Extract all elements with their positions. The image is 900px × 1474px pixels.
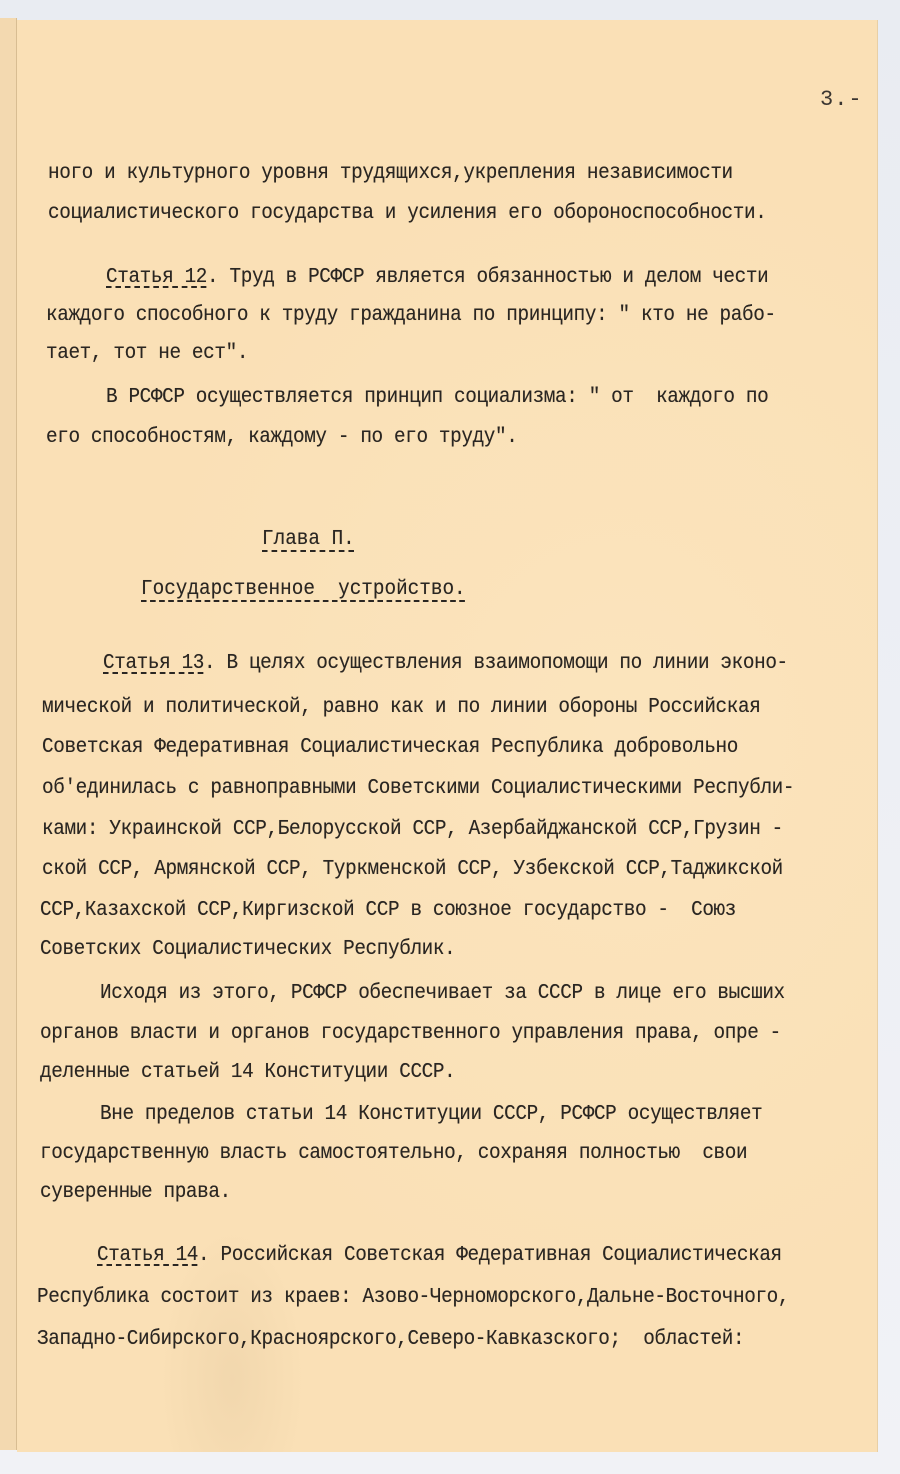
- text-line: ской ССР, Армянской ССР, Туркменской ССР…: [42, 858, 783, 881]
- text-line: мической и политической, равно как и по …: [42, 696, 760, 719]
- article-13-first-line: Статья 13. В целях осуществления взаимоп…: [103, 652, 788, 675]
- text-line: каждого способного к труду гражданина по…: [46, 304, 776, 327]
- text-line: об'единилась с равноправными Советскими …: [42, 777, 794, 800]
- article-14-first-line: Статья 14. Российская Советская Федерати…: [97, 1244, 782, 1267]
- text-line: его способностям, каждому - по его труду…: [46, 426, 518, 449]
- text-line: социалистического государства и усиления…: [48, 202, 766, 225]
- article-13-label: Статья 13: [103, 652, 204, 675]
- text-line: ками: Украинской ССР,Белорусской ССР, Аз…: [42, 818, 783, 841]
- chapter-title: Глава П.: [262, 528, 355, 551]
- text-line: ССР,Казахской ССР,Киргизской ССР в союзн…: [40, 899, 736, 922]
- text-line: Советских Социалистических Республик.: [40, 938, 455, 961]
- article-14-label: Статья 14: [97, 1244, 198, 1267]
- text-line: Вне пределов статьи 14 Конституции СССР,…: [100, 1103, 762, 1126]
- text-line: суверенные права.: [40, 1181, 231, 1204]
- page-number: 3.-: [820, 87, 863, 112]
- text-line: тает, тот не ест".: [46, 342, 248, 365]
- previous-page-edge: [0, 18, 17, 1450]
- text-line: Советская Федеративная Социалистическая …: [42, 736, 738, 759]
- text-line: Республика состоит из краев: Азово-Черно…: [37, 1286, 789, 1309]
- chapter-subtitle: Государственное устройство.: [141, 578, 466, 601]
- text-line: органов власти и органов государственног…: [40, 1022, 781, 1045]
- text-line: Западно-Сибирского,Красноярского,Северо-…: [37, 1328, 744, 1351]
- text-line: ного и культурного уровня трудящихся,укр…: [48, 162, 733, 185]
- text-line: В РСФСР осуществляется принцип социализм…: [106, 386, 768, 409]
- article-12-first-line: Статья 12. Труд в РСФСР является обязанн…: [106, 266, 768, 289]
- text-line: государственную власть самостоятельно, с…: [40, 1142, 747, 1165]
- text-line: Исходя из этого, РСФСР обеспечивает за С…: [100, 982, 785, 1005]
- article-12-label: Статья 12: [106, 266, 207, 289]
- text-line: деленные статьей 14 Конституции СССР.: [40, 1061, 455, 1084]
